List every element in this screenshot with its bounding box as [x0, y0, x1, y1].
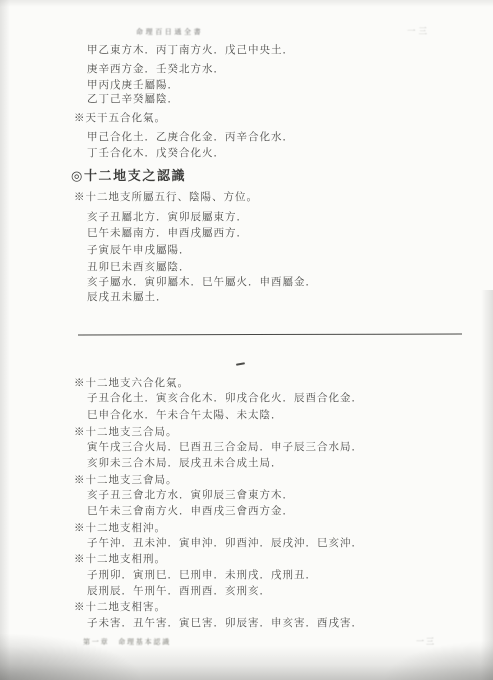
- text-line: 巳午未三會南方火．申酉戌三會西方金．: [87, 506, 294, 518]
- text-line: 巳申合化水．午未合午太陽、未太陰．: [87, 410, 283, 422]
- text-line: ※十二地支六合化氣。: [74, 378, 189, 390]
- text-line: 子寅辰午申戌屬陽．: [87, 245, 191, 257]
- page-number-top: 一三: [407, 25, 430, 37]
- text-line: ※十二地支三合局。: [74, 427, 178, 439]
- text-line: 辰戌丑未屬土．: [87, 292, 168, 304]
- text-line: 辰刑辰．午刑午．酉刑酉．亥刑亥．: [87, 586, 271, 598]
- text-line: 寅午戌三合火局．巳酉丑三合金局．申子辰三合水局．: [87, 442, 363, 454]
- text-line: 丑卯巳未酉亥屬陰．: [87, 262, 191, 274]
- text-line: 巳午未屬南方．申酉戌屬西方．: [87, 228, 248, 240]
- text-line: 甲丙戊庚壬屬陽．: [87, 80, 179, 92]
- text-line: 亥子屬水．寅卯屬木．巳午屬火．申酉屬金．: [87, 277, 317, 289]
- section-divider-line: [78, 333, 462, 335]
- scan-shadow-left: [0, 0, 10, 680]
- text-line: ※十二地支相刑。: [74, 554, 166, 566]
- text-line: ※十二地支所屬五行、陰陽、方位。: [74, 192, 258, 204]
- text-line: 子未害．丑午害．寅巳害．卯辰害．申亥害．酉戌害．: [87, 618, 363, 630]
- text-line: 子丑合化土．寅亥合化木．卯戌合化火．辰酉合化金．: [87, 393, 363, 405]
- chapter-footer: 第一章 命理基本認識: [83, 637, 171, 647]
- text-line: 甲乙東方木．丙丁南方火．戊己中央土．: [87, 45, 294, 57]
- text-line: ※天干五合化氣。: [74, 113, 166, 125]
- text-line: 子刑卯．寅刑巳．巳刑申．未刑戌．戌刑丑．: [87, 570, 317, 582]
- ink-mark: [236, 362, 245, 366]
- running-head-title: 命理百日通全書: [136, 27, 203, 37]
- page-number-bottom: 一三: [416, 636, 436, 647]
- scan-shadow-top: [0, 0, 493, 7]
- text-line: 丁壬合化木．戊癸合化火．: [87, 148, 225, 160]
- text-line: 子午沖．丑未沖．寅申沖．卯酉沖．辰戌沖．巳亥沖．: [87, 538, 363, 550]
- text-line: 甲己合化土．乙庚合化金．丙辛合化水．: [87, 132, 294, 144]
- section-heading: ◎十二地支之認識: [71, 170, 186, 182]
- text-line: 庚辛西方金．壬癸北方水．: [87, 64, 225, 76]
- text-line: 亥卯未三合木局．辰戌丑未合成土局．: [87, 458, 283, 470]
- text-line: 乙丁己辛癸屬陰．: [87, 94, 179, 106]
- scan-shadow-bottom: [0, 646, 493, 680]
- scan-shadow-right: [481, 290, 493, 680]
- text-line: 亥子丑屬北方．寅卯辰屬東方．: [87, 212, 248, 224]
- text-line: 亥子丑三會北方水．寅卯辰三會東方木．: [87, 490, 294, 502]
- scan-shadow-bottom-right: [383, 640, 493, 680]
- text-line: ※十二地支三會局。: [74, 475, 178, 487]
- text-line: ※十二地支相害。: [74, 602, 166, 614]
- scanned-page: 命理百日通全書 一三 甲乙東方木．丙丁南方火．戊己中央土． 庚辛西方金．壬癸北方…: [0, 0, 493, 680]
- text-line: ※十二地支相沖。: [74, 523, 166, 535]
